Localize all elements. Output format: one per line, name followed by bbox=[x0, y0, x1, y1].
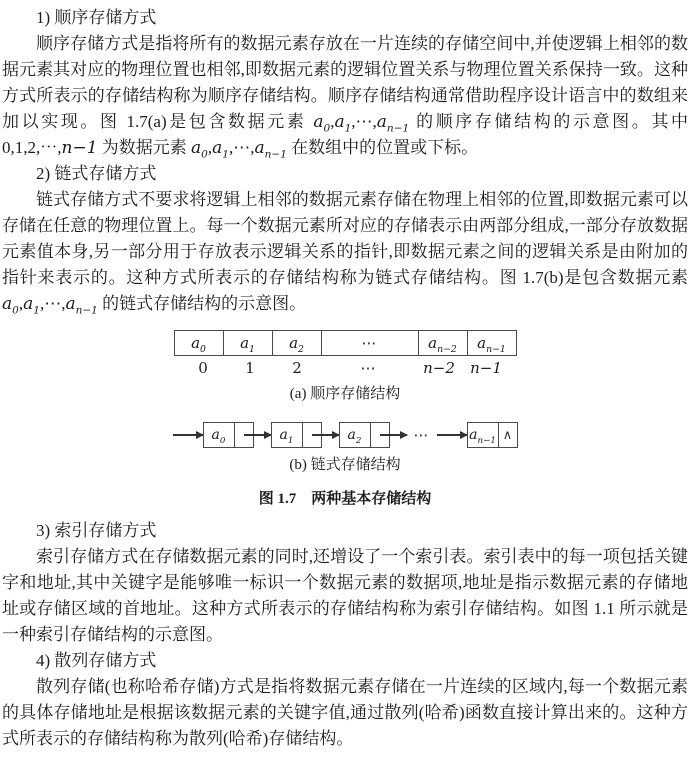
figure-1-7: a0a1a2⋯an−2an−1 012⋯n−2n−1 (a) 顺序存储结构 a0… bbox=[2, 330, 688, 509]
ellipsis-icon: ⋯ bbox=[362, 336, 378, 351]
math-variable: an−1 bbox=[65, 294, 97, 314]
text-run: 索引存储方式在存储数据元素的同时,还增设了一个索引表。索引表中的每一项包括关键字… bbox=[2, 547, 688, 644]
math-variable: a1 bbox=[240, 336, 255, 351]
math-variable: an−1 bbox=[477, 336, 506, 351]
text-run: 在数组中的位置或下标。 bbox=[287, 138, 478, 157]
section-paragraph: 散列存储(也称哈希存储)方式是指将数据元素存储在一片连续的区域内,每一个数据元素… bbox=[2, 674, 688, 752]
math-subscript: 1 bbox=[249, 344, 255, 355]
math-subscript: 1 bbox=[288, 436, 294, 446]
subcaption-a: (a) 顺序存储结构 bbox=[2, 384, 688, 404]
next-pointer-arrow-icon bbox=[437, 434, 467, 436]
math-variable: a0 bbox=[212, 422, 226, 448]
math-variable: an−1 bbox=[469, 422, 496, 448]
array-index-label: 2 bbox=[273, 358, 321, 378]
math-variable: a1 bbox=[280, 422, 294, 448]
text-run: 的链式存储结构的示意图。 bbox=[98, 294, 306, 313]
math-subscript: n−1 bbox=[265, 148, 287, 160]
math-variable: a0 bbox=[2, 294, 19, 314]
section-paragraph: 索引存储方式在存储数据元素的同时,还增设了一个索引表。索引表中的每一项包括关键字… bbox=[2, 544, 688, 648]
section-linked-storage: 2) 链式存储方式 链式存储方式不要求将逻辑上相邻的数据元素存储在物理上相邻的位… bbox=[2, 161, 688, 317]
section-paragraph: 链式存储方式不要求将逻辑上相邻的数据元素存储在物理上相邻的位置,即数据元素可以存… bbox=[2, 187, 688, 317]
section-sequential-storage: 1) 顺序存储方式 顺序存储方式是指将所有的数据元素存放在一片连续的存储空间中,… bbox=[2, 5, 688, 161]
text-run: 散列存储(也称哈希存储)方式是指将数据元素存储在一片连续的区域内,每一个数据元素… bbox=[2, 677, 688, 748]
array-index-label: n−1 bbox=[462, 358, 510, 378]
math-variable: a1 bbox=[334, 112, 351, 132]
math-subscript: n−1 bbox=[477, 436, 495, 446]
figure-caption: 图 1.7 两种基本存储结构 bbox=[2, 489, 688, 509]
math-variable: an−2 bbox=[428, 336, 457, 351]
array-index-label: n−2 bbox=[415, 358, 463, 378]
next-pointer-arrow-icon bbox=[380, 434, 407, 436]
node-data-cell: a1 bbox=[271, 422, 303, 448]
math-subscript: 1 bbox=[222, 148, 229, 160]
array-cell: a0 bbox=[174, 330, 224, 356]
math-variable: an−1 bbox=[377, 112, 409, 132]
section-heading: 4) 散列存储方式 bbox=[2, 648, 688, 674]
array-cell: a2 bbox=[272, 330, 322, 356]
section-index-storage: 3) 索引存储方式 索引存储方式在存储数据元素的同时,还增设了一个索引表。索引表… bbox=[2, 518, 688, 648]
text-run: ,⋯, bbox=[229, 138, 255, 157]
math-variable: a0 bbox=[191, 336, 206, 351]
math-subscript: 0 bbox=[200, 344, 206, 355]
node-data-cell: an−1 bbox=[467, 422, 499, 448]
subcaption-b: (b) 链式存储结构 bbox=[2, 455, 688, 475]
array-index-label: 1 bbox=[226, 358, 274, 378]
math-subscript: 0 bbox=[220, 436, 226, 446]
math-subscript: n−1 bbox=[486, 344, 506, 355]
math-subscript: 0 bbox=[201, 148, 208, 160]
math-variable: n−1 bbox=[62, 138, 98, 158]
array-cell: an−1 bbox=[467, 330, 517, 356]
math-subscript: n−2 bbox=[437, 344, 457, 355]
math-variable: a0 bbox=[313, 112, 330, 132]
math-variable: a1 bbox=[212, 138, 229, 158]
math-variable: an−1 bbox=[254, 138, 286, 158]
ellipsis-icon: ⋯ bbox=[414, 428, 430, 443]
text-run: 链式存储方式不要求将逻辑上相邻的数据元素存储在物理上相邻的位置,即数据元素可以存… bbox=[2, 190, 688, 287]
array-cell: ⋯ bbox=[321, 330, 419, 356]
math-subscript: 2 bbox=[298, 344, 304, 355]
text-run: ,⋯, bbox=[40, 294, 66, 313]
node-data-cell: a0 bbox=[203, 422, 235, 448]
section-heading: 2) 链式存储方式 bbox=[2, 161, 688, 187]
node-pointer-cell: ∧ bbox=[498, 422, 518, 448]
math-subscript: n−1 bbox=[387, 122, 409, 134]
section-hash-storage: 4) 散列存储方式 散列存储(也称哈希存储)方式是指将数据元素存储在一片连续的区… bbox=[2, 648, 688, 752]
array-index-label: 0 bbox=[179, 358, 227, 378]
math-variable: a1 bbox=[23, 294, 40, 314]
text-run: ,⋯, bbox=[351, 112, 377, 131]
array-cell: an−2 bbox=[418, 330, 468, 356]
section-heading: 3) 索引存储方式 bbox=[2, 518, 688, 544]
next-pointer-arrow-icon bbox=[244, 434, 271, 436]
array-cell: a1 bbox=[223, 330, 273, 356]
math-subscript: 1 bbox=[33, 304, 40, 316]
node-data-cell: a2 bbox=[339, 422, 371, 448]
math-subscript: 2 bbox=[356, 436, 362, 446]
array-diagram: a0a1a2⋯an−2an−1 bbox=[2, 330, 688, 356]
section-paragraph: 顺序存储方式是指将所有的数据元素存放在一片连续的存储空间中,并使逻辑上相邻的数据… bbox=[2, 31, 688, 161]
textbook-page: 1) 顺序存储方式 顺序存储方式是指将所有的数据元素存放在一片连续的存储空间中,… bbox=[0, 0, 690, 760]
math-variable: a0 bbox=[191, 138, 208, 158]
math-subscript: 0 bbox=[12, 304, 19, 316]
next-pointer-arrow-icon bbox=[312, 434, 339, 436]
array-index-label: ⋯ bbox=[320, 358, 416, 378]
list-node: an−1∧ bbox=[467, 422, 518, 448]
section-heading: 1) 顺序存储方式 bbox=[2, 5, 688, 31]
math-subscript: n−1 bbox=[76, 304, 98, 316]
array-index-row: 012⋯n−2n−1 bbox=[2, 358, 688, 378]
math-variable: a2 bbox=[289, 336, 304, 351]
head-pointer-arrow-icon bbox=[173, 434, 203, 436]
text-run: 为数据元素 bbox=[98, 138, 192, 157]
linked-list-diagram: a0a1a2⋯an−1∧ bbox=[2, 421, 688, 449]
math-variable: a2 bbox=[348, 422, 362, 448]
